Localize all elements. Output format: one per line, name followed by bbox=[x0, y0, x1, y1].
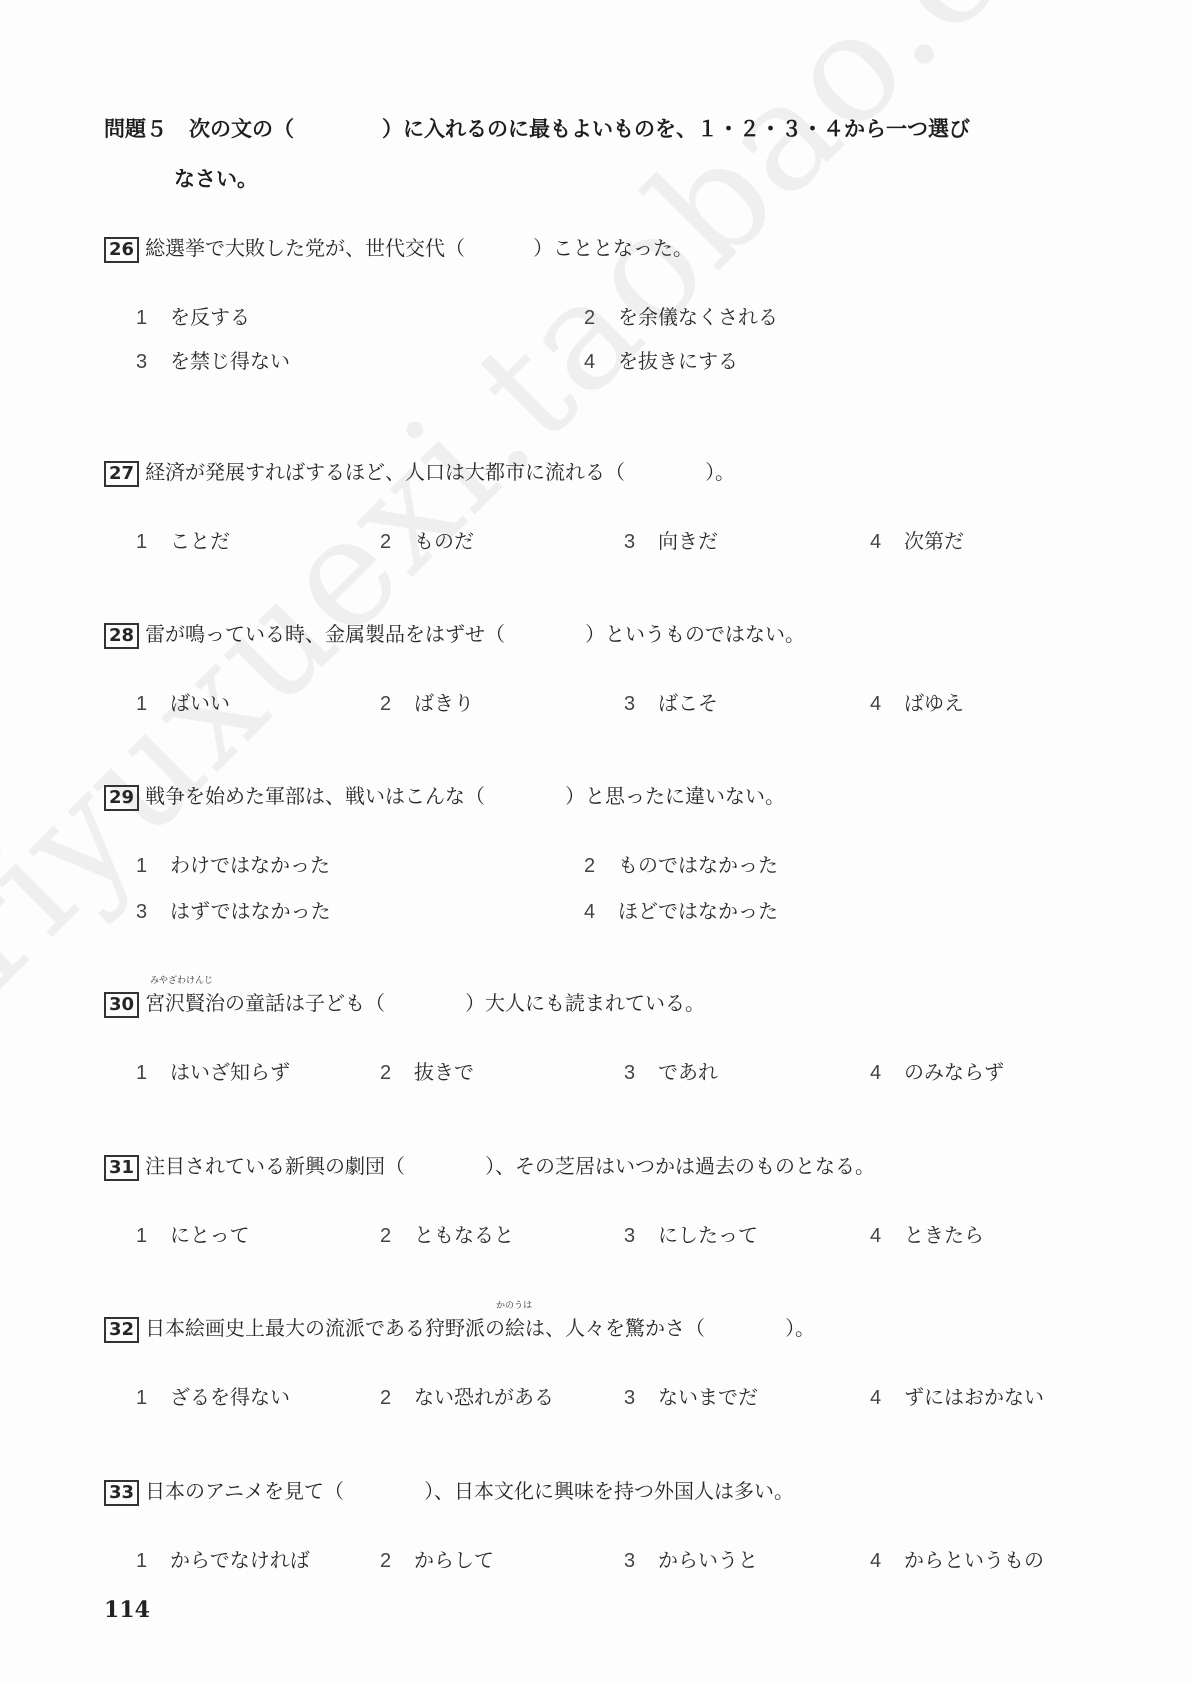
question-number: 32 bbox=[104, 1317, 139, 1343]
option-3[interactable]: 3はずではなかった bbox=[136, 895, 331, 924]
question-text-end: ）と思ったに違いない。 bbox=[565, 784, 785, 808]
instruction-line2: なさい。 bbox=[104, 154, 1104, 204]
question-text-end: ）。 bbox=[785, 1316, 815, 1340]
option-1[interactable]: 1にとって bbox=[136, 1219, 250, 1248]
option-2[interactable]: 2ものだ bbox=[380, 525, 474, 554]
options: 1ばいい 2ばきり 3ばこそ 4ばゆえ bbox=[104, 687, 805, 717]
option-3[interactable]: 3にしたって bbox=[624, 1219, 758, 1248]
instruction: 問題５次の文の（）に入れるのに最もよいものを、１・２・３・４から一つ選び なさい… bbox=[104, 104, 1104, 204]
instruction-text-after: ）に入れるのに最もよいものを、１・２・３・４から一つ選び bbox=[382, 117, 970, 141]
question-27: 27経済が発展すればするほど、人口は大都市に流れる（）。 1ことだ 2ものだ 3… bbox=[104, 456, 735, 555]
option-1[interactable]: 1を反する bbox=[136, 301, 250, 330]
option-1[interactable]: 1はいざ知らず bbox=[136, 1056, 290, 1085]
option-1[interactable]: 1ことだ bbox=[136, 525, 230, 554]
question-text-end: ）。 bbox=[705, 460, 735, 484]
question-text-end: ）こととなった。 bbox=[533, 236, 693, 260]
option-1[interactable]: 1ばいい bbox=[136, 687, 230, 716]
option-4[interactable]: 4次第だ bbox=[870, 525, 964, 554]
question-text: 戦争を始めた軍部は、戦いはこんな（ bbox=[145, 784, 485, 808]
option-4[interactable]: 4を抜きにする bbox=[584, 345, 738, 374]
question-number: 33 bbox=[104, 1480, 139, 1506]
option-4[interactable]: 4ときたら bbox=[870, 1219, 984, 1248]
options: 1を反する 2を余儀なくされる 3を禁じ得ない 4を抜きにする bbox=[104, 301, 693, 381]
question-text-end: ）大人にも読まれている。 bbox=[465, 991, 705, 1015]
option-2[interactable]: 2を余儀なくされる bbox=[584, 301, 778, 330]
instruction-text-before: 次の文の（ bbox=[189, 117, 294, 141]
option-3[interactable]: 3向きだ bbox=[624, 525, 718, 554]
question-number: 26 bbox=[104, 237, 139, 263]
furigana: かのうは bbox=[496, 1298, 532, 1311]
question-text: 総選挙で大敗した党が、世代交代（ bbox=[145, 236, 465, 260]
question-text: 日本絵画史上最大の流派である狩野派の絵は、人々を驚かさ（ bbox=[145, 1316, 705, 1340]
option-3[interactable]: 3を禁じ得ない bbox=[136, 345, 290, 374]
options: 1ざるを得ない 2ない恐れがある 3ないまでだ 4ずにはおかない bbox=[104, 1381, 815, 1411]
option-2[interactable]: 2ばきり bbox=[380, 687, 474, 716]
option-4[interactable]: 4のみならず bbox=[870, 1056, 1004, 1085]
textbook-page: riyuxuexi.taobao.com 問題５次の文の（）に入れるのに最もよい… bbox=[0, 0, 1192, 1684]
options: 1ことだ 2ものだ 3向きだ 4次第だ bbox=[104, 525, 735, 555]
option-2[interactable]: 2ない恐れがある bbox=[380, 1381, 554, 1410]
question-number: 27 bbox=[104, 461, 139, 487]
problem-label: 問題５ bbox=[104, 117, 167, 141]
question-30: みやざわけんじ30宮沢賢治の童話は子ども（）大人にも読まれている。 1はいざ知ら… bbox=[104, 987, 705, 1086]
option-4[interactable]: 4ずにはおかない bbox=[870, 1381, 1044, 1410]
option-3[interactable]: 3ないまでだ bbox=[624, 1381, 758, 1410]
option-2[interactable]: 2抜きで bbox=[380, 1056, 474, 1085]
option-2[interactable]: 2ともなると bbox=[380, 1219, 514, 1248]
question-text: 日本のアニメを見て（ bbox=[145, 1479, 344, 1503]
option-4[interactable]: 4ばゆえ bbox=[870, 687, 964, 716]
option-2[interactable]: 2からして bbox=[380, 1544, 494, 1573]
options: 1からでなければ 2からして 3からいうと 4からというもの bbox=[104, 1544, 794, 1574]
option-3[interactable]: 3ばこそ bbox=[624, 687, 718, 716]
question-text-end: ）というものではない。 bbox=[585, 622, 805, 646]
question-number: 29 bbox=[104, 785, 139, 811]
question-text: 宮沢賢治の童話は子ども（ bbox=[145, 991, 385, 1015]
question-28: 28雷が鳴っている時、金属製品をはずせ（）というものではない。 1ばいい 2ばき… bbox=[104, 618, 805, 717]
question-29: 29戦争を始めた軍部は、戦いはこんな（）と思ったに違いない。 1わけではなかった… bbox=[104, 780, 785, 929]
question-26: 26総選挙で大敗した党が、世代交代（）こととなった。 1を反する 2を余儀なくさ… bbox=[104, 232, 693, 381]
page-number: 114 bbox=[104, 1597, 150, 1623]
question-text: 経済が発展すればするほど、人口は大都市に流れる（ bbox=[145, 460, 625, 484]
option-4[interactable]: 4ほどではなかった bbox=[584, 895, 778, 924]
question-31: 31注目されている新興の劇団（）、その芝居はいつかは過去のものとなる。 1にとっ… bbox=[104, 1150, 875, 1249]
question-text: 雷が鳴っている時、金属製品をはずせ（ bbox=[145, 622, 505, 646]
option-3[interactable]: 3からいうと bbox=[624, 1544, 758, 1573]
question-number: 30 bbox=[104, 992, 139, 1018]
option-1[interactable]: 1わけではなかった bbox=[136, 849, 330, 878]
option-3[interactable]: 3であれ bbox=[624, 1056, 718, 1085]
question-text-end: ）、その芝居はいつかは過去のものとなる。 bbox=[485, 1154, 875, 1178]
option-1[interactable]: 1ざるを得ない bbox=[136, 1381, 290, 1410]
option-4[interactable]: 4からというもの bbox=[870, 1544, 1044, 1573]
furigana: みやざわけんじ bbox=[150, 973, 213, 986]
option-1[interactable]: 1からでなければ bbox=[136, 1544, 310, 1573]
options: 1はいざ知らず 2抜きで 3であれ 4のみならず bbox=[104, 1056, 705, 1086]
question-33: 33日本のアニメを見て（）、日本文化に興味を持つ外国人は多い。 1からでなければ… bbox=[104, 1475, 794, 1574]
options: 1わけではなかった 2ものではなかった 3はずではなかった 4ほどではなかった bbox=[104, 849, 785, 929]
question-text-end: ）、日本文化に興味を持つ外国人は多い。 bbox=[424, 1479, 794, 1503]
option-2[interactable]: 2ものではなかった bbox=[584, 849, 778, 878]
question-number: 31 bbox=[104, 1155, 139, 1181]
question-number: 28 bbox=[104, 623, 139, 649]
question-32: かのうは32日本絵画史上最大の流派である狩野派の絵は、人々を驚かさ（）。 1ざる… bbox=[104, 1312, 815, 1411]
question-text: 注目されている新興の劇団（ bbox=[145, 1154, 405, 1178]
options: 1にとって 2ともなると 3にしたって 4ときたら bbox=[104, 1219, 875, 1249]
